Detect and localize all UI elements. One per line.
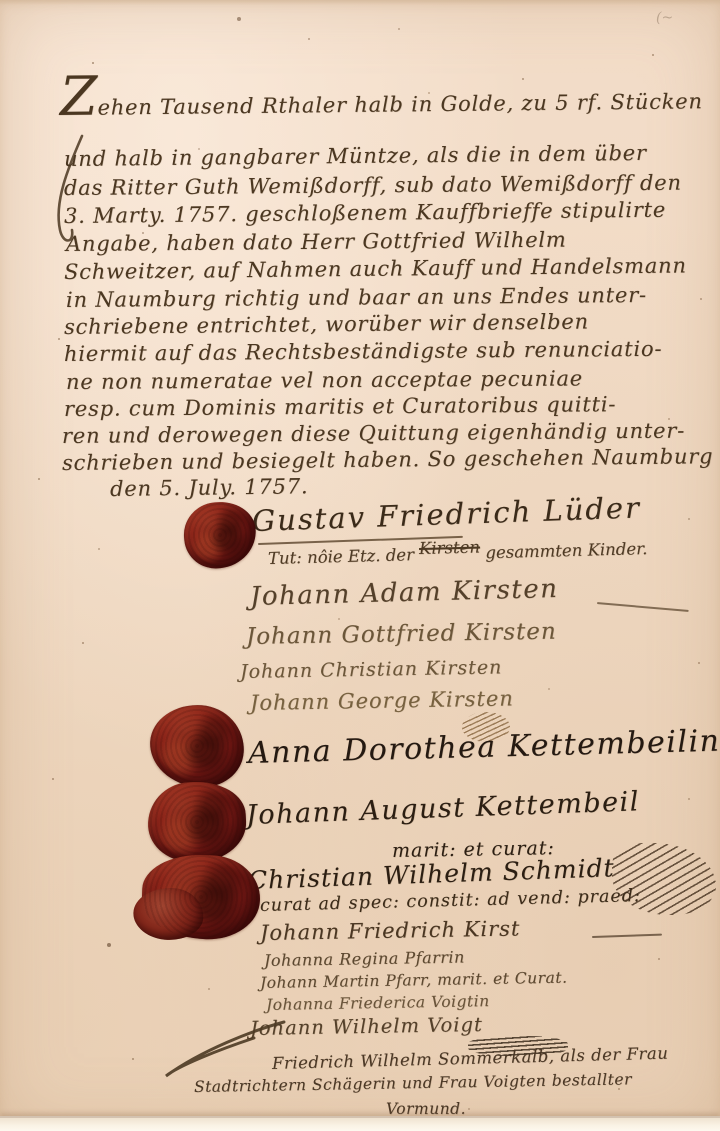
body-line: in Naumburg richtig und baar an uns Ende… — [66, 283, 647, 312]
paper-top-edge — [0, 0, 720, 5]
wax-seal — [181, 498, 260, 571]
signature-flourish-line — [597, 602, 689, 612]
wax-seal-blob — [133, 887, 205, 941]
body-line: ne non numeratae vel non acceptae pecuni… — [66, 366, 583, 394]
body-line: Zehen Tausend Rthaler halb in Golde, zu … — [60, 89, 703, 120]
body-line-date: den 5. July. 1757. — [110, 474, 309, 501]
signature: Johann Friedrich Kirst — [260, 916, 521, 945]
body-line: ren und derowegen diese Quittung eigenhä… — [62, 419, 685, 448]
signature: Gustav Friedrich Lüder — [251, 490, 641, 538]
wax-seal — [146, 779, 248, 864]
body-line: und halb in gangbarer Müntze, als die in… — [64, 141, 647, 171]
paper-bottom-edge — [0, 1116, 720, 1131]
manuscript-page: (~ Zehen Tausend Rthaler halb in Golde, … — [0, 0, 720, 1131]
wax-seal — [141, 853, 262, 941]
signature: Johanna Friederica Voigtin — [266, 992, 490, 1014]
signature: Johann Christian Kirsten — [240, 656, 503, 683]
signature: Friedrich Wilhelm Sommerkalb, als der Fr… — [272, 1044, 669, 1073]
body-line: Angabe, haben dato Herr Gottfried Wilhel… — [66, 228, 567, 256]
signature-swash — [158, 1016, 288, 1084]
body-line: Schweitzer, auf Nahmen auch Kauff und Ha… — [64, 253, 687, 284]
signature: Johann Adam Kirsten — [250, 574, 559, 612]
tutor-note: Tut: nôie Etz. der Kirsten gesammten Kin… — [268, 539, 648, 568]
body-line: schriebene entrichtet, worüber wir dense… — [64, 310, 589, 339]
body-line: schrieben und besiegelt haben. So gesche… — [62, 444, 714, 475]
tutor-note-pre: Tut: nôie Etz. der — [268, 545, 420, 568]
body-line: hiermit auf das Rechtsbeständigste sub r… — [64, 337, 662, 366]
signature: Johann August Kettembeil — [245, 786, 640, 831]
signature: Johanna Regina Pfarrin — [264, 947, 465, 970]
signature: Johann George Kirsten — [250, 686, 514, 715]
tutor-note-post: gesammten Kinder. — [480, 539, 648, 562]
tutor-note-struck: Kirsten — [419, 537, 480, 558]
signature-flourish-line — [592, 934, 662, 938]
pencil-mark: (~ — [656, 10, 673, 26]
signature: Johann Gottfried Kirsten — [246, 619, 557, 650]
signature: Anna Dorothea Kettembeilin — [248, 724, 720, 771]
body-line: das Ritter Guth Wemißdorff, sub dato Wem… — [64, 171, 682, 200]
wax-seal — [147, 702, 246, 790]
body-line: 3. Marty. 1757. geschloßenem Kauffbrieff… — [64, 198, 666, 228]
body-line: resp. cum Dominis maritis et Curatoribus… — [64, 392, 616, 421]
signature: Johann Martin Pfarr, marit. et Curat. — [260, 969, 568, 992]
